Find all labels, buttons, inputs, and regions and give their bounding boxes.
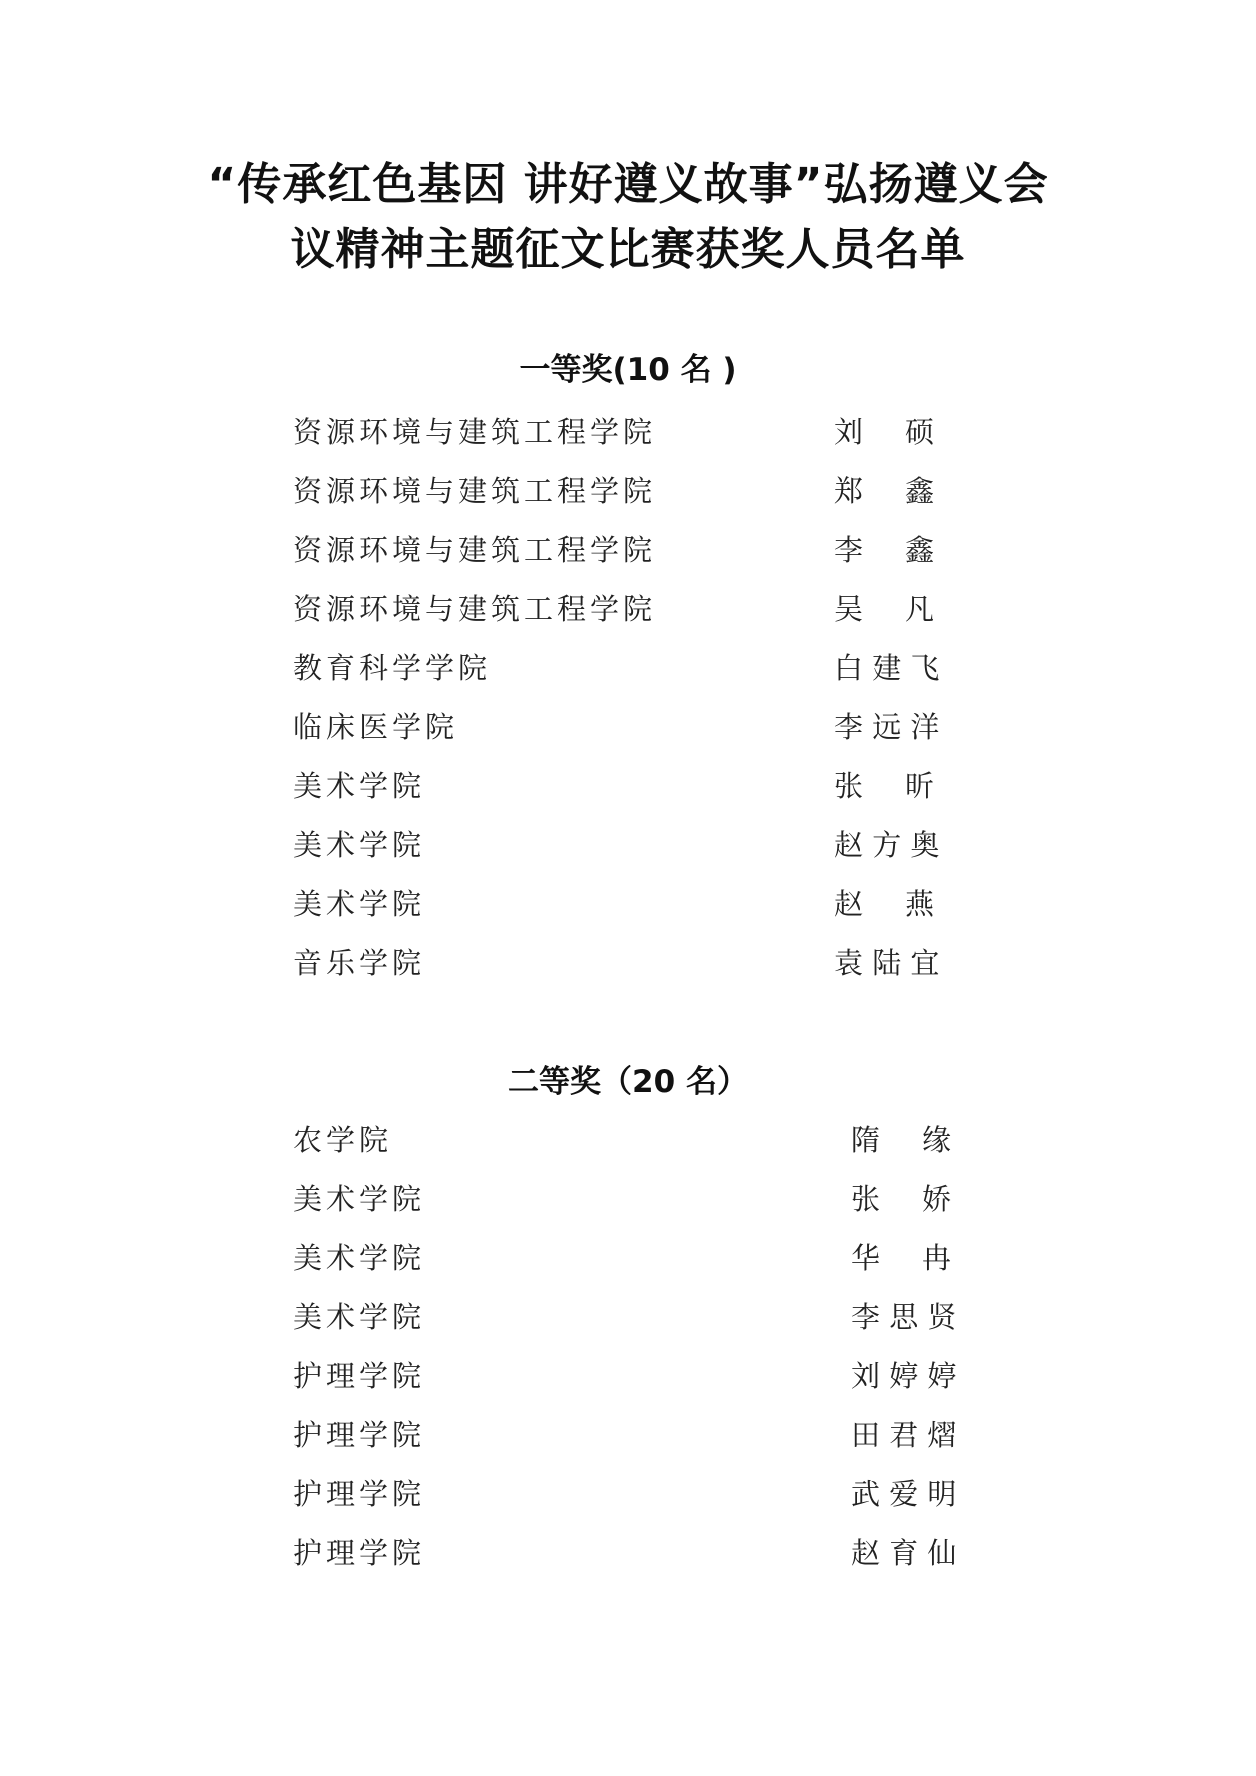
award-row: 教育科学学院 白 建 飞 bbox=[0, 643, 1256, 693]
winner-name: 李 远 洋 bbox=[834, 702, 934, 752]
award-row: 农学院 隋 缘 bbox=[0, 1115, 1256, 1165]
winner-name: 白 建 飞 bbox=[834, 643, 934, 693]
award-row: 临床医学院 李 远 洋 bbox=[0, 702, 1256, 752]
winner-name: 刘 硕 bbox=[834, 407, 934, 457]
college-name: 护理学院 bbox=[293, 1351, 425, 1401]
college-name: 资源环境与建筑工程学院 bbox=[293, 407, 656, 457]
winner-name: 赵 育 仙 bbox=[851, 1528, 951, 1578]
college-name: 临床医学院 bbox=[293, 702, 458, 752]
winner-name: 张 娇 bbox=[851, 1174, 951, 1224]
award-row: 美术学院 张 娇 bbox=[0, 1174, 1256, 1224]
award-row: 资源环境与建筑工程学院 郑 鑫 bbox=[0, 466, 1256, 516]
award-row: 资源环境与建筑工程学院 李 鑫 bbox=[0, 525, 1256, 575]
college-name: 美术学院 bbox=[293, 1233, 425, 1283]
award-row: 资源环境与建筑工程学院 刘 硕 bbox=[0, 407, 1256, 457]
award-row: 护理学院 刘 婷 婷 bbox=[0, 1351, 1256, 1401]
college-name: 美术学院 bbox=[293, 820, 425, 870]
college-name: 农学院 bbox=[293, 1115, 392, 1165]
college-name: 护理学院 bbox=[293, 1410, 425, 1460]
winner-name: 赵 燕 bbox=[834, 879, 934, 929]
college-name: 护理学院 bbox=[293, 1528, 425, 1578]
first-prize-heading: 一等奖(10 名 ) bbox=[0, 350, 1256, 390]
college-name: 美术学院 bbox=[293, 761, 425, 811]
college-name: 护理学院 bbox=[293, 1469, 425, 1519]
college-name: 资源环境与建筑工程学院 bbox=[293, 466, 656, 516]
college-name: 资源环境与建筑工程学院 bbox=[293, 584, 656, 634]
award-row: 护理学院 武 爱 明 bbox=[0, 1469, 1256, 1519]
award-row: 护理学院 田 君 熠 bbox=[0, 1410, 1256, 1460]
winner-name: 李 鑫 bbox=[834, 525, 934, 575]
award-row: 护理学院 赵 育 仙 bbox=[0, 1528, 1256, 1578]
document-page: “传承红色基因 讲好遵义故事”弘扬遵义会 议精神主题征文比赛获奖人员名单 一等奖… bbox=[0, 0, 1256, 1776]
winner-name: 吴 凡 bbox=[834, 584, 934, 634]
winner-name: 张 昕 bbox=[834, 761, 934, 811]
winner-name: 刘 婷 婷 bbox=[851, 1351, 951, 1401]
college-name: 美术学院 bbox=[293, 879, 425, 929]
document-title-line-2: 议精神主题征文比赛获奖人员名单 bbox=[0, 220, 1256, 280]
award-row: 音乐学院 袁 陆 宜 bbox=[0, 938, 1256, 988]
college-name: 资源环境与建筑工程学院 bbox=[293, 525, 656, 575]
college-name: 音乐学院 bbox=[293, 938, 425, 988]
award-row: 资源环境与建筑工程学院 吴 凡 bbox=[0, 584, 1256, 634]
award-row: 美术学院 华 冉 bbox=[0, 1233, 1256, 1283]
college-name: 美术学院 bbox=[293, 1292, 425, 1342]
college-name: 教育科学学院 bbox=[293, 643, 491, 693]
winner-name: 武 爱 明 bbox=[851, 1469, 951, 1519]
second-prize-heading: 二等奖（20 名） bbox=[0, 1062, 1256, 1102]
winner-name: 赵 方 奥 bbox=[834, 820, 934, 870]
winner-name: 华 冉 bbox=[851, 1233, 951, 1283]
award-row: 美术学院 赵 燕 bbox=[0, 879, 1256, 929]
winner-name: 李 思 贤 bbox=[851, 1292, 951, 1342]
award-row: 美术学院 赵 方 奥 bbox=[0, 820, 1256, 870]
winner-name: 郑 鑫 bbox=[834, 466, 934, 516]
award-row: 美术学院 张 昕 bbox=[0, 761, 1256, 811]
winner-name: 隋 缘 bbox=[851, 1115, 951, 1165]
winner-name: 袁 陆 宜 bbox=[834, 938, 934, 988]
winner-name: 田 君 熠 bbox=[851, 1410, 951, 1460]
document-title-line-1: “传承红色基因 讲好遵义故事”弘扬遵义会 bbox=[0, 155, 1256, 215]
college-name: 美术学院 bbox=[293, 1174, 425, 1224]
award-row: 美术学院 李 思 贤 bbox=[0, 1292, 1256, 1342]
